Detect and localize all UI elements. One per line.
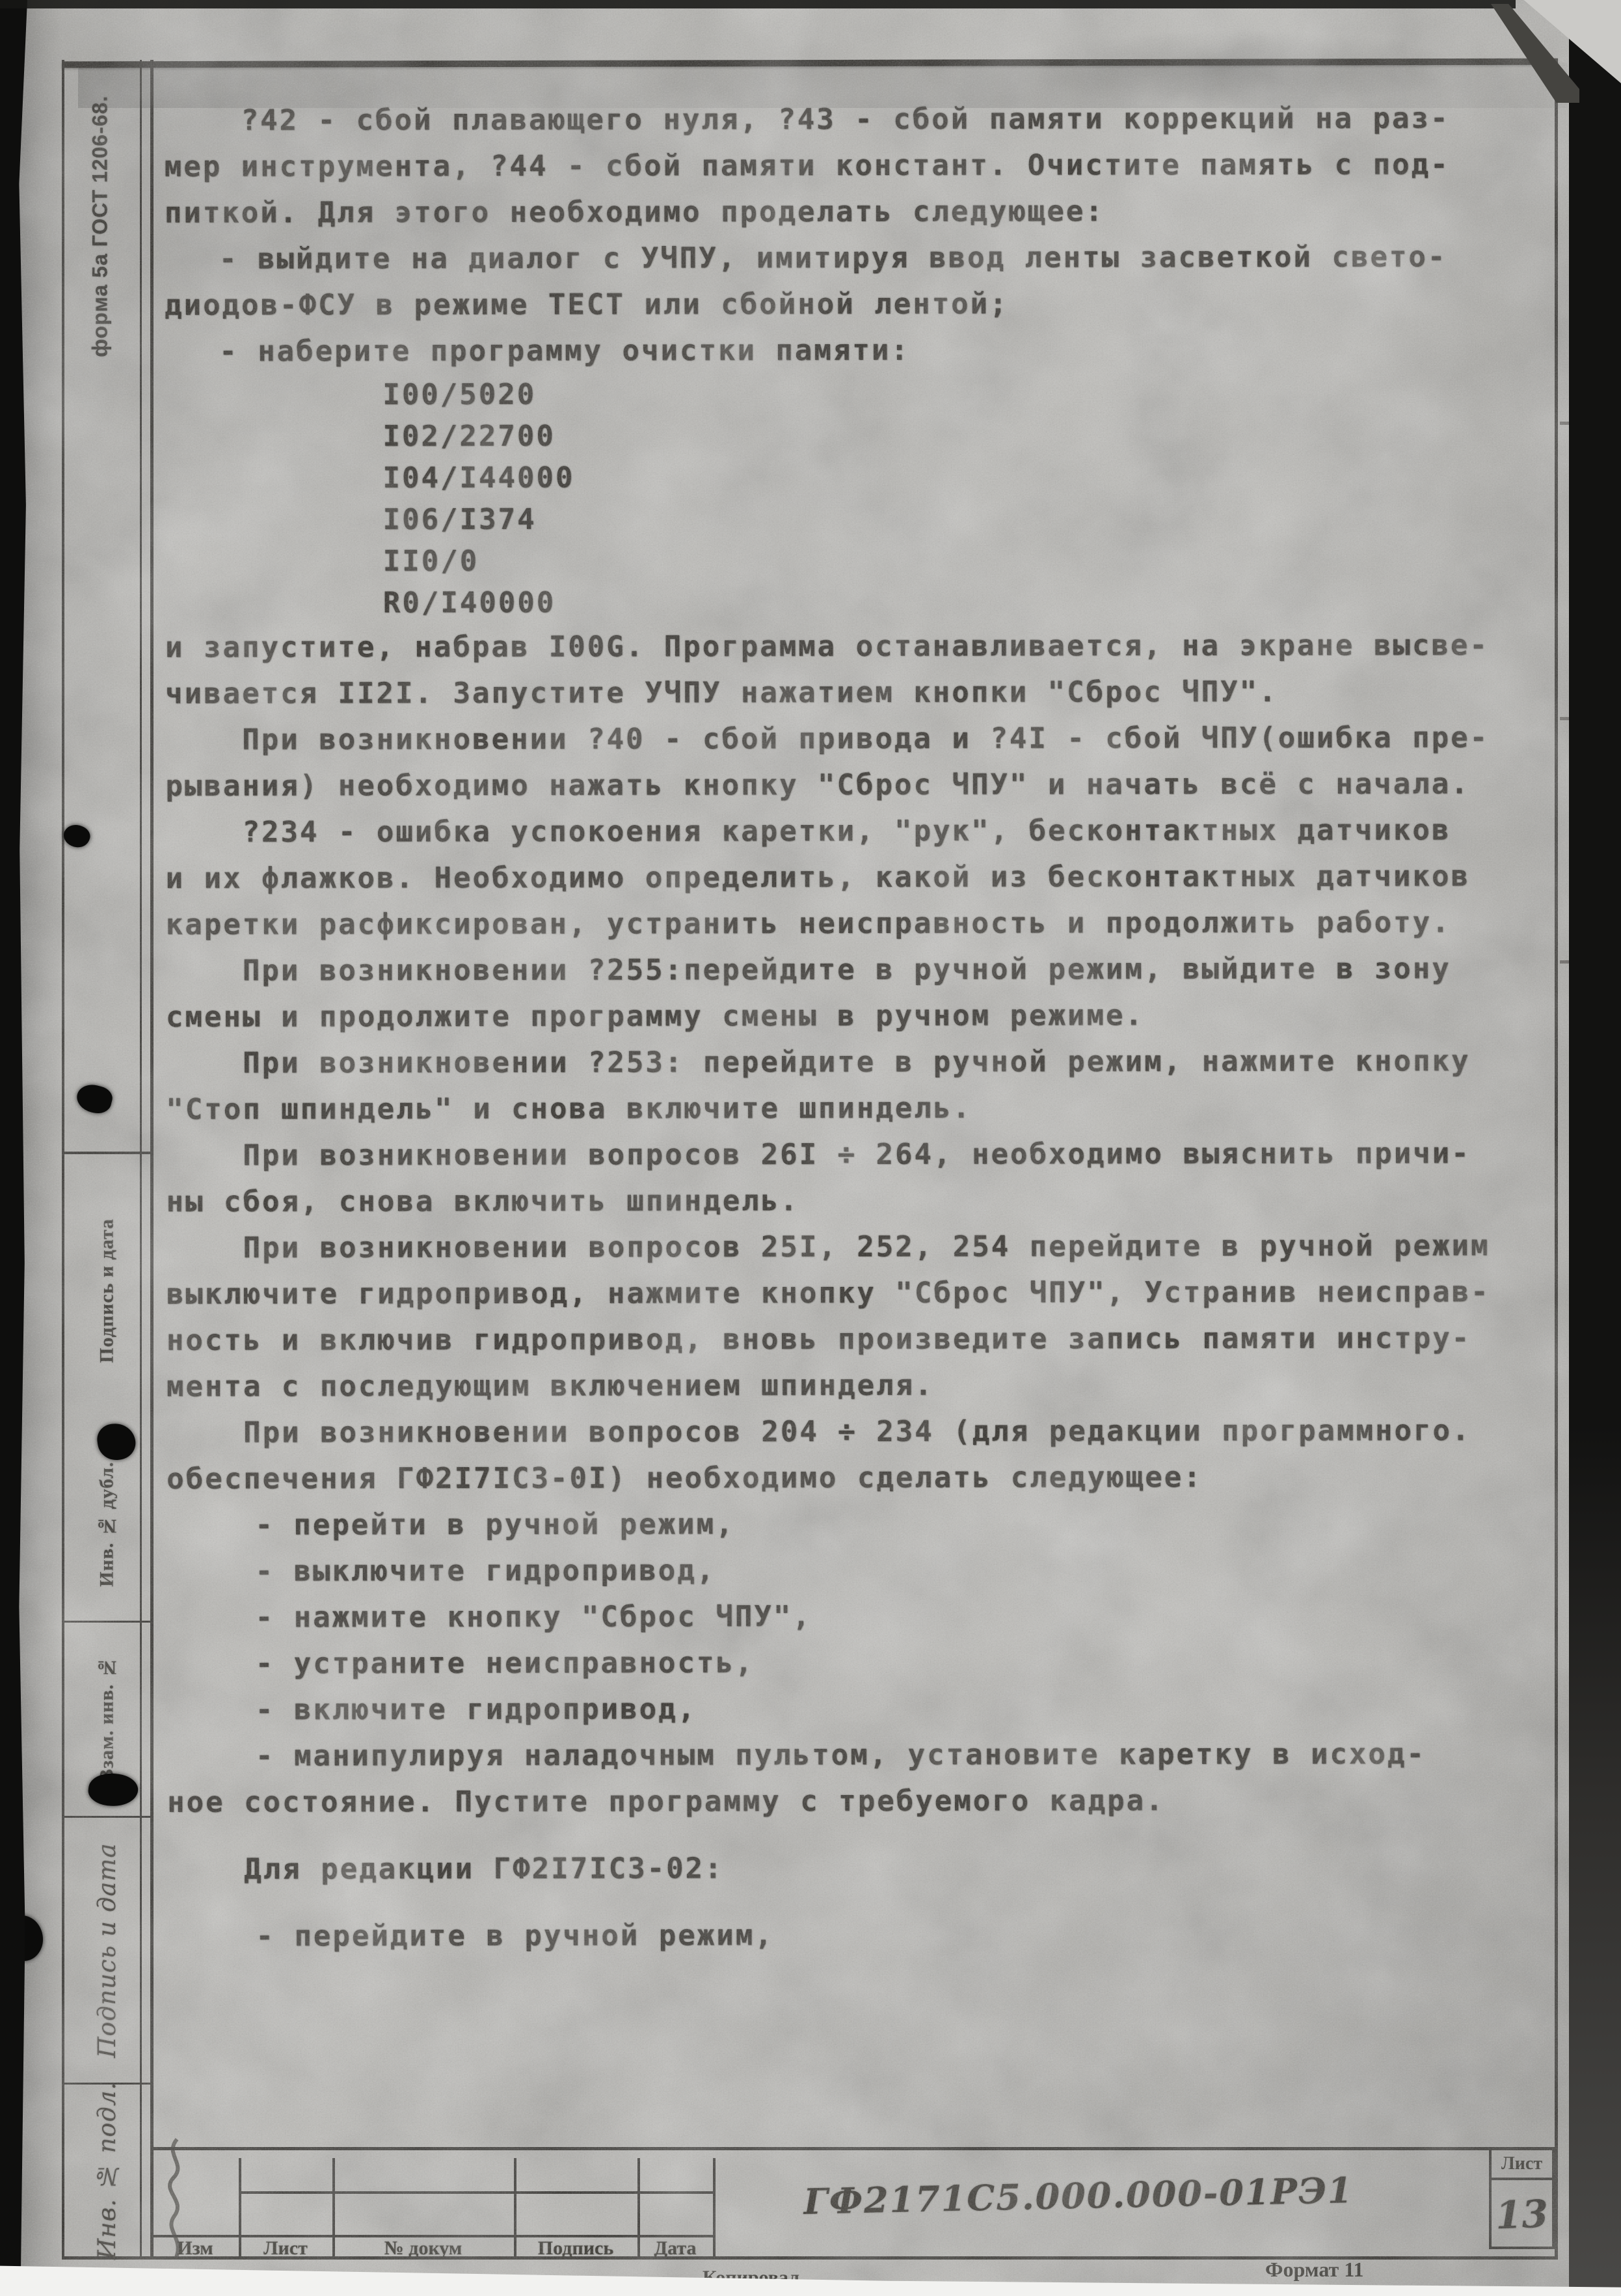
scan-edge-bottom — [0, 2256, 1621, 2296]
stamp-column: Подпись и датаИнв. № дубл.Взам. инв. №По… — [62, 1152, 152, 2259]
text-line: чивается II2I. Запустите УЧПУ нажатием к… — [165, 668, 1570, 717]
body-text-lines: ?42 - сбой плавающего нуля, ?43 - сбой п… — [165, 95, 1573, 1960]
text-line: выключите гидропривод, нажмите кнопку "С… — [167, 1269, 1572, 1317]
text-line: Для редакции ГФ2I7IС3-02: — [167, 1844, 1572, 1893]
scan-edge-right — [1569, 0, 1621, 2296]
text-line: смены и продолжите программу смены в руч… — [166, 992, 1571, 1040]
text-line: и запустите, набрав I00G. Программа оста… — [165, 622, 1570, 671]
text-line: - наберите программу очистки памяти: — [219, 326, 1570, 375]
text-line: При возникновении ?253: перейдите в ручн… — [166, 1038, 1571, 1087]
form-gost-label: форма 5а ГОСТ 1206-68. — [62, 77, 138, 376]
title-block: ИзмЛист№ докумПодписьДата ГФ2171С5.000.0… — [152, 2147, 1555, 2258]
text-line: мента с последующим включением шпинделя. — [167, 1361, 1572, 1410]
stamp-cell-label: Инв. № подл. — [62, 2085, 152, 2259]
text-line: I00/5020 — [382, 372, 1570, 416]
stamp-cell-label: Подпись и дата — [62, 1818, 152, 2085]
text-line: - перейдите в ручной режим, — [256, 1911, 1572, 1960]
text-line: II0/0 — [383, 539, 1570, 582]
text-line: - перейти в ручной режим, — [255, 1500, 1572, 1548]
sheet-number: 13 — [1490, 2179, 1553, 2250]
text-line: питкой. Для этого необходимо проделать с… — [165, 187, 1570, 236]
footer-format-label: Формат 11 — [1265, 2258, 1364, 2282]
title-block-column-label: № докум — [332, 2236, 514, 2261]
text-line: каретки расфиксирован, устранить неиспра… — [166, 899, 1571, 948]
text-line: мер инструмента, ?44 - сбой памяти конст… — [165, 141, 1570, 190]
text-line: рывания) необходимо нажать кнопку "Сброс… — [165, 761, 1570, 809]
title-block-row-line — [239, 2191, 713, 2194]
text-line: - включите гидропривод, — [256, 1684, 1572, 1733]
text-line: При возникновении вопросов 26I ÷ 264, не… — [166, 1130, 1571, 1179]
text-line: При возникновении ?40 - сбой привода и ?… — [165, 714, 1570, 763]
punch-hole — [74, 1081, 115, 1116]
title-block-divider — [713, 2158, 716, 2258]
text-line: I04/I44000 — [382, 455, 1570, 499]
text-line: обеспечения ГФ2I7IС3-0I) необходимо сдел… — [167, 1453, 1572, 1502]
text-line: - устраните неисправность, — [256, 1638, 1572, 1687]
text-line: и их флажков. Необходимо определить, как… — [166, 853, 1571, 902]
document-number: ГФ2171С5.000.000-01РЭ1 — [769, 2168, 1387, 2223]
text-line: При возникновении вопросов 204 ÷ 234 (дл… — [167, 1407, 1572, 1456]
stamp-cell-label: Подпись и дата — [62, 1154, 152, 1427]
text-line: ность и включив гидропривод, вновь произ… — [167, 1315, 1572, 1364]
text-line: - выключите гидропривод, — [255, 1546, 1572, 1595]
sheet-label: Лист — [1492, 2150, 1552, 2180]
title-block-columns: ИзмЛист№ докумПодписьДата — [152, 2236, 713, 2261]
text-line: - манипулируя наладочным пультом, устано… — [256, 1731, 1572, 1779]
text-line: ?234 - ошибка успокоения каретки, "рук",… — [165, 807, 1570, 856]
text-line: диодов-ФСУ в режиме ТЕСТ или сбойной лен… — [165, 280, 1570, 329]
text-line: "Стоп шпиндель" и снова включите шпиндел… — [166, 1084, 1571, 1133]
title-block-column-label: Изм — [152, 2236, 239, 2261]
text-line: - выйдите на диалог с УЧПУ, имитируя вво… — [219, 234, 1570, 282]
title-block-column-label: Подпись — [514, 2236, 637, 2261]
scan-edge-top — [0, 0, 1516, 8]
text-line: При возникновении ?255:перейдите в ручно… — [166, 945, 1571, 994]
text-line: ное состояние. Пустите программу с требу… — [167, 1777, 1572, 1826]
text-line: - нажмите кнопку "Сброс ЧПУ", — [256, 1592, 1572, 1641]
text-line: I06/I374 — [383, 497, 1570, 541]
text-line: При возникновении вопросов 25I, 252, 254… — [167, 1222, 1572, 1271]
text-line: ?42 - сбой плавающего нуля, ?43 - сбой п… — [165, 95, 1570, 144]
text-line: ны сбоя, снова включить шпиндель. — [166, 1176, 1571, 1225]
scanned-document-page: форма 5а ГОСТ 1206-68. Подпись и датаИнв… — [0, 0, 1621, 2296]
sheet-number-box: Лист 13 — [1489, 2150, 1555, 2249]
text-line: R0/I40000 — [383, 580, 1570, 624]
title-block-column-label: Дата — [637, 2236, 713, 2261]
text-line: I02/22700 — [382, 414, 1570, 457]
title-block-column-label: Лист — [239, 2236, 332, 2261]
ink-blot — [60, 820, 94, 852]
